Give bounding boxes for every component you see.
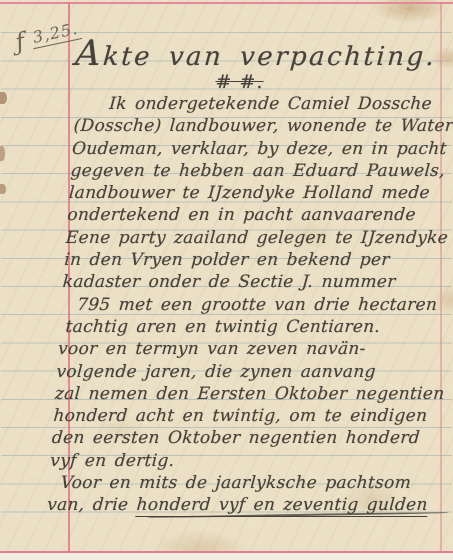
divider-flourish: # #. bbox=[216, 71, 264, 93]
body-line: volgende jaren, die zynen aanvang bbox=[56, 361, 430, 383]
body-line: 795 met een grootte van drie hectaren bbox=[60, 294, 434, 316]
body-line: landbouwer te IJzendyke Holland mede bbox=[68, 182, 442, 204]
body-line: kadaster onder de Sectie J. nummer bbox=[62, 271, 436, 293]
paper-damage-spot bbox=[0, 92, 7, 104]
body-line: Eene party zaailand gelegen te IJzendyke bbox=[65, 227, 439, 249]
body-line: voor en termyn van zeven navän- bbox=[57, 338, 431, 360]
body-line: Oudeman, verklaar, by deze, en in pacht bbox=[71, 138, 445, 160]
body-line: Ik ondergetekende Camiel Dossche bbox=[74, 93, 448, 115]
body-line: Voor en mits de jaarlyksche pachtsom bbox=[48, 472, 422, 494]
paper-damage-spot bbox=[0, 184, 6, 194]
document-title: Akte van verpachting. bbox=[69, 33, 443, 74]
section-divider: # #. bbox=[72, 71, 407, 93]
body-line: vyf en dertig. bbox=[49, 450, 423, 472]
body-line: zal nemen den Eersten Oktober negentien bbox=[54, 383, 428, 405]
body-line: in den Vryen polder en bekend per bbox=[64, 249, 438, 271]
body-line: tachtig aren en twintig Centiaren. bbox=[59, 316, 433, 338]
body-line: ondertekend en in pacht aanvaarende bbox=[67, 204, 441, 226]
paper-bottom-edge bbox=[0, 553, 453, 560]
body-line: (Dossche) landbouwer, wonende te Waterla… bbox=[73, 115, 447, 137]
body-line: den eersten Oktober negentien honderd bbox=[51, 427, 425, 449]
final-line-prefix: van, drie bbox=[46, 495, 137, 515]
body-line: gegeven te hebben aan Eduard Pauwels, bbox=[70, 160, 444, 182]
paper-damage-spot bbox=[0, 146, 5, 161]
body-line: honderd acht en twintig, om te eindigen bbox=[53, 405, 427, 427]
document-page: ƒ 3,25. Akte van verpachting. # #. Ik on… bbox=[0, 0, 453, 560]
right-margin-line bbox=[440, 2, 442, 553]
document-body: Ik ondergetekende Camiel Dossche (Dossch… bbox=[46, 93, 448, 517]
